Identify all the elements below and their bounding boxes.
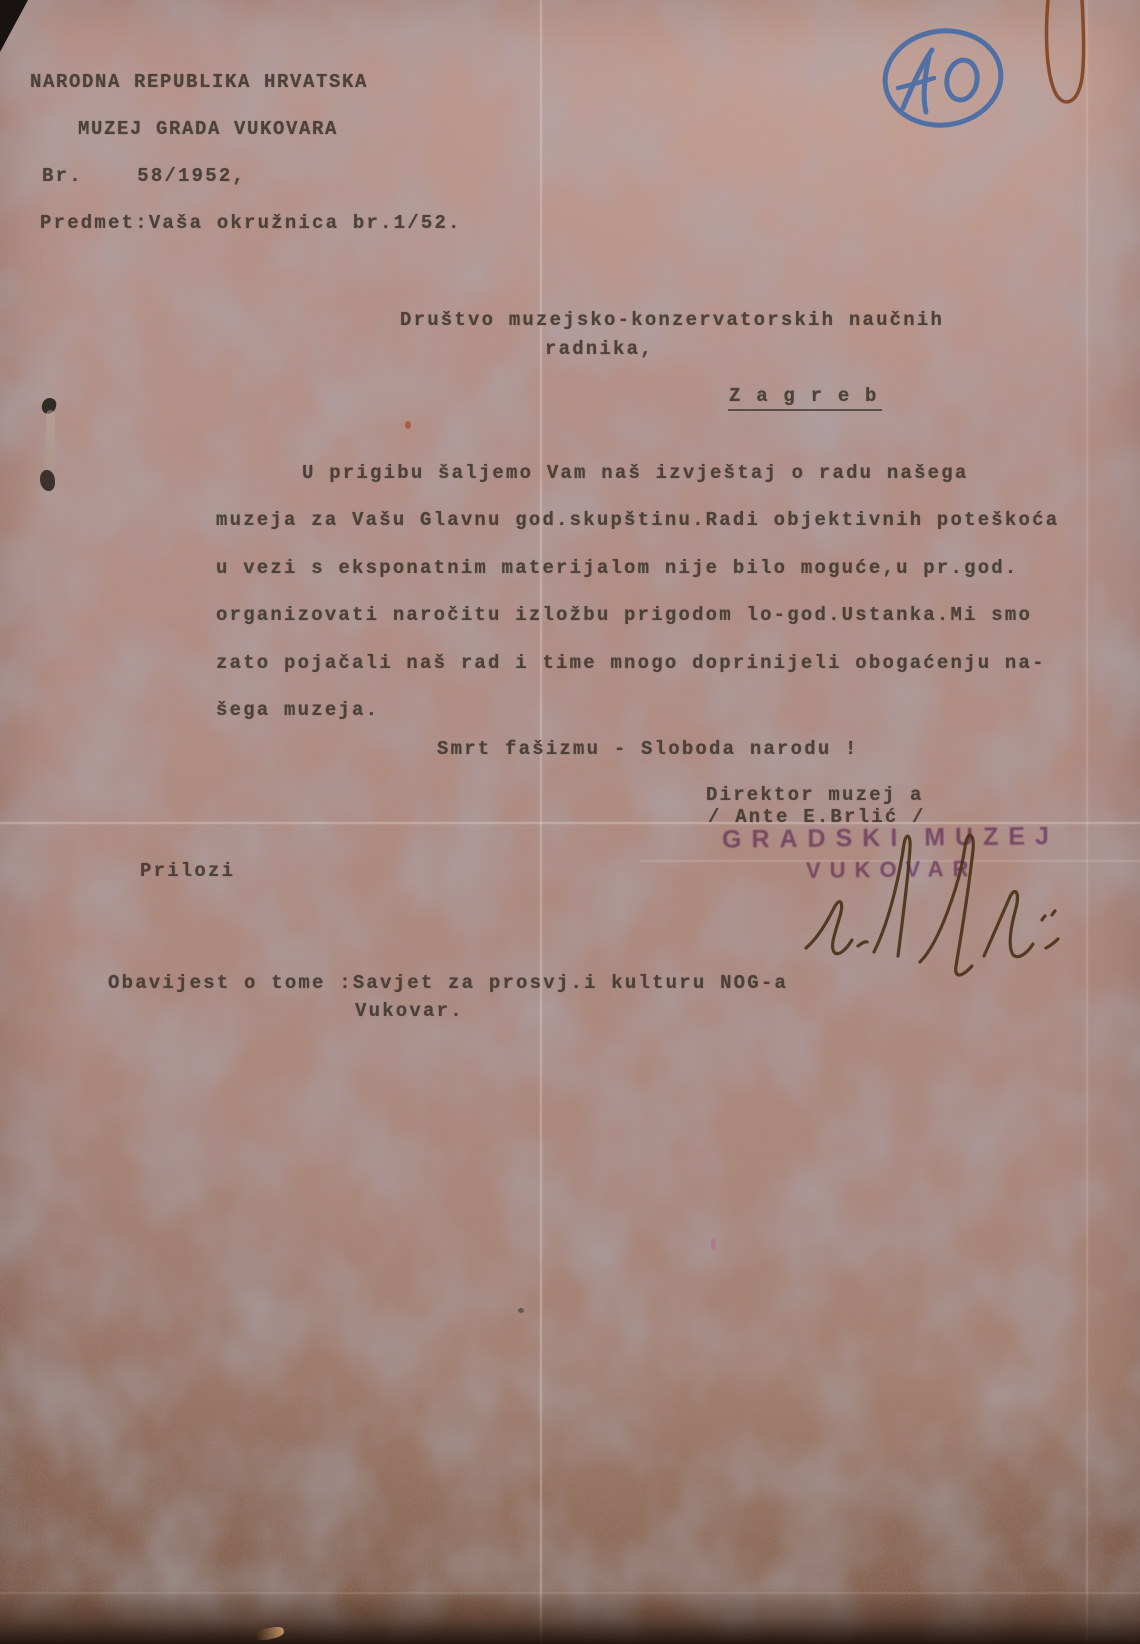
paper-tear-top bbox=[40, 397, 57, 416]
body-line: šega muzeja. bbox=[216, 687, 1059, 734]
body-line: muzeja za Vašu Glavnu god.skupštinu.Radi… bbox=[216, 497, 1059, 544]
museum-stamp-line2: VUKOVAR bbox=[806, 856, 978, 884]
paperclip-rust-mark bbox=[1030, 0, 1110, 115]
body-line: organizovati naročitu izložbu prigodom l… bbox=[216, 592, 1059, 639]
reference-number: Br. 58/1952, bbox=[42, 165, 246, 189]
body-line: u vezi s eksponatnim materijalom nije bi… bbox=[216, 545, 1059, 592]
pink-speck bbox=[711, 1238, 716, 1250]
recipient-city: Z a g r e b bbox=[728, 385, 882, 411]
scanned-letter-page: NARODNA REPUBLIKA HRVATSKA MUZEJ GRADA V… bbox=[0, 0, 1140, 1644]
paper-texture bbox=[0, 0, 1140, 1644]
body-line: zato pojačali naš rad i time mnogo dopri… bbox=[216, 640, 1059, 687]
subject-line: Predmet:Vaša okružnica br.1/52. bbox=[40, 212, 462, 236]
paper-tear-bottom bbox=[40, 470, 55, 491]
ink-speck-orange bbox=[405, 421, 411, 429]
letterhead-institution: MUZEJ GRADA VUKOVARA bbox=[78, 118, 338, 142]
closing-slogan: Smrt fašizmu - Sloboda narodu ! bbox=[437, 738, 859, 762]
vertical-crease-right bbox=[1086, 0, 1088, 1644]
torn-corner-top-left bbox=[0, 0, 28, 52]
cc-note-line2: Vukovar. bbox=[355, 1000, 464, 1024]
circled-number-annotation bbox=[860, 18, 1030, 148]
letterhead-country: NARODNA REPUBLIKA HRVATSKA bbox=[30, 71, 368, 95]
dust-speck bbox=[518, 1308, 524, 1313]
scan-shadow-bottom bbox=[0, 1588, 1140, 1644]
cc-note-line1: Obavijest o tome :Savjet za prosvj.i kul… bbox=[108, 972, 788, 996]
body-paragraph: U prigibu šaljemo Vam naš izvještaj o ra… bbox=[216, 450, 1059, 734]
signer-title: Direktor muzej a bbox=[706, 784, 924, 808]
recipient-line2: radnika, bbox=[545, 338, 654, 362]
paper-scratch bbox=[46, 410, 55, 474]
museum-stamp-line1: GRADSKI MUZEJ bbox=[722, 822, 1059, 855]
body-line: U prigibu šaljemo Vam naš izvještaj o ra… bbox=[216, 450, 1059, 497]
recipient-line1: Društvo muzejsko-konzervatorskih naučnih bbox=[400, 309, 944, 333]
vertical-fold-line bbox=[540, 0, 542, 1644]
attachments-label: Prilozi bbox=[140, 860, 235, 884]
